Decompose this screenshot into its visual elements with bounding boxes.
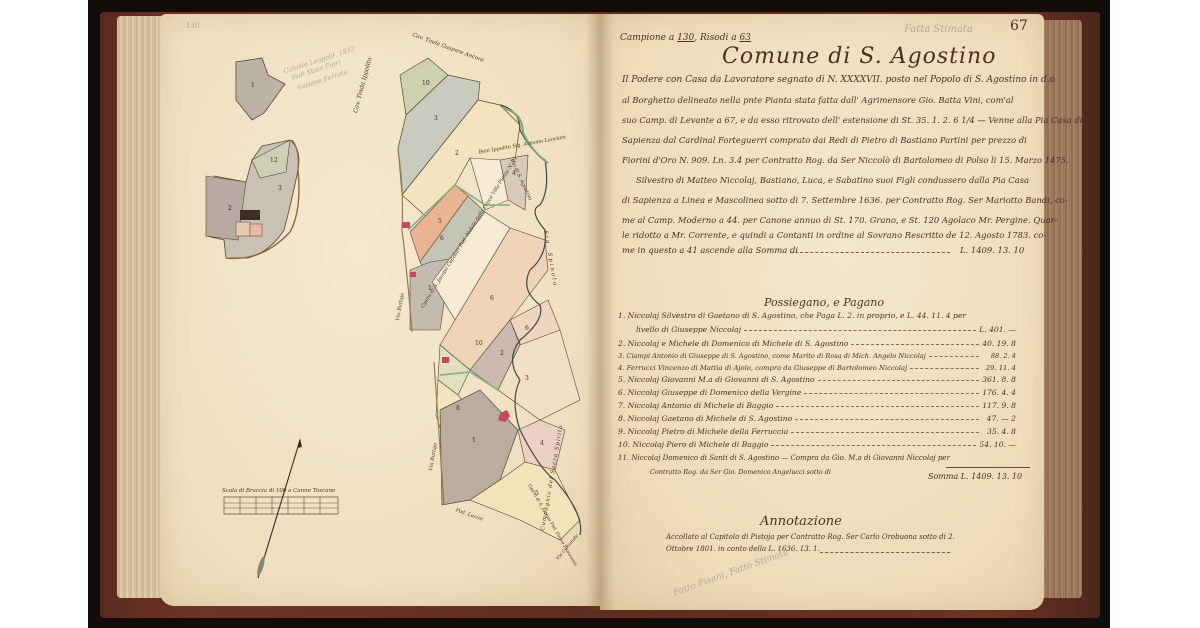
svg-text:8: 8 xyxy=(456,405,460,412)
ledger-row: 6. Niccolaj Giuseppe di Domenico della V… xyxy=(618,385,1016,397)
book-gutter xyxy=(586,14,614,610)
ledger-row: 8. Niccolaj Gaetano di Michele di S. Ago… xyxy=(618,411,1016,423)
svg-text:1: 1 xyxy=(472,437,476,444)
left-corner-note: 130 xyxy=(186,22,199,30)
svg-text:2: 2 xyxy=(455,150,459,157)
scale-bar xyxy=(224,497,338,514)
small-map-2: 2 12 3 xyxy=(206,140,299,258)
body-line-2: al Borghetto delineato nella pnte Pianta… xyxy=(622,96,1014,104)
svg-text:3: 3 xyxy=(525,375,529,382)
svg-text:6: 6 xyxy=(525,325,529,332)
body-line-3: suo Camp. di Levante a 67, e da esso rit… xyxy=(622,116,1082,124)
body-line-10: me in questo a 41 ascende alla Somma di xyxy=(622,246,798,254)
ledger-row: 2. Niccolaj e Michele di Domenico di Mic… xyxy=(618,336,1016,348)
body-leader xyxy=(790,252,950,253)
body-line-1: Il Podere con Casa da Lavoratore segnato… xyxy=(622,76,1055,85)
body-line-6: Silvestro di Matteo Niccolaj, Bastiano, … xyxy=(636,176,1029,184)
ledger-row: 4. Ferrucci Vincenzo di Mattia di Ajolo,… xyxy=(618,360,1016,372)
page-number: 67 xyxy=(1010,18,1028,34)
svg-text:1: 1 xyxy=(251,82,255,89)
house-icon xyxy=(410,272,416,277)
body-total: L. 1409. 13. 10 xyxy=(960,246,1024,254)
svg-text:2: 2 xyxy=(500,350,504,357)
ledger-row: 1. Niccolaj Silvestro di Gaetano di S. A… xyxy=(618,308,1016,320)
svg-text:5: 5 xyxy=(438,218,442,225)
header-line: Campione a 130, Risodi a 63 xyxy=(620,33,751,43)
risodi-value: 63 xyxy=(739,33,750,43)
small-map-1: 1 xyxy=(236,58,285,120)
ledger-row: 9. Niccolaj Pietro di Michele della Ferr… xyxy=(618,424,1016,436)
svg-text:6: 6 xyxy=(490,295,494,302)
body-line-7: di Sapienza a Linea e Mascolinea sotto d… xyxy=(622,196,1068,204)
annotation-line-2: Ottobre 1801. in conto della L. 1636. 13… xyxy=(666,545,820,553)
ledger-row: 5. Niccolaj Giovanni M.a di Giovanni di … xyxy=(618,372,1016,384)
body-line-4: Sapienza dal Cardinal Forteguerri compra… xyxy=(622,136,1027,144)
annotation-title: Annotazione xyxy=(760,514,842,529)
svg-text:10: 10 xyxy=(422,80,430,87)
house-icon xyxy=(402,222,410,228)
svg-text:12: 12 xyxy=(270,157,278,164)
svg-text:10: 10 xyxy=(475,340,483,347)
ledger-row: livello di Giuseppe NiccolajL. 401. — xyxy=(636,322,1016,334)
svg-text:3: 3 xyxy=(434,115,438,122)
annotation-line-1: Accollato al Capitolo di Pistoja per Con… xyxy=(666,533,955,541)
ledger-row: 10. Niccolaj Piero di Michele di Baggio5… xyxy=(618,437,1016,449)
svg-text:3: 3 xyxy=(278,185,282,192)
scale-bar-label: Scala di Braccia di 100 a Canne Toscane xyxy=(222,488,335,494)
body-line-5: Fiorini d'Oro N. 909. Ln. 3.4 per Contra… xyxy=(622,156,1069,164)
campione-label: Campione a xyxy=(620,33,674,43)
ledger-sum: Somma L. 1409. 13. 10 xyxy=(928,472,1022,481)
body-line-8: me al Camp. Moderno a 44. per Canone ann… xyxy=(622,216,1057,224)
svg-text:4: 4 xyxy=(540,440,544,447)
campione-value: 130 xyxy=(677,33,694,43)
sum-rule xyxy=(946,467,1030,468)
ledger-row: 3. Ciampi Antonio di Giuseppe di S. Agos… xyxy=(618,348,1016,360)
svg-text:2: 2 xyxy=(228,205,232,212)
house-icon xyxy=(442,357,449,363)
ledger-row: Contratto Rog. da Ser Gio. Domenico Ange… xyxy=(650,464,950,476)
body-line-9: le ridotto a Mr. Corrente, e quindi a Co… xyxy=(622,231,1046,239)
page-title: Comune di S. Agostino xyxy=(722,44,996,69)
risodi-label: Risodi a xyxy=(700,33,737,43)
ledger-row: 11. Niccolaj Domenico di Santi di S. Ago… xyxy=(618,450,1016,462)
annotation-leader xyxy=(820,552,950,553)
pencil-header: Fatta Stimata xyxy=(904,24,973,35)
svg-text:6: 6 xyxy=(440,235,444,242)
ledger-row: 7. Niccolaj Antonio di Michele di Baggio… xyxy=(618,398,1016,410)
